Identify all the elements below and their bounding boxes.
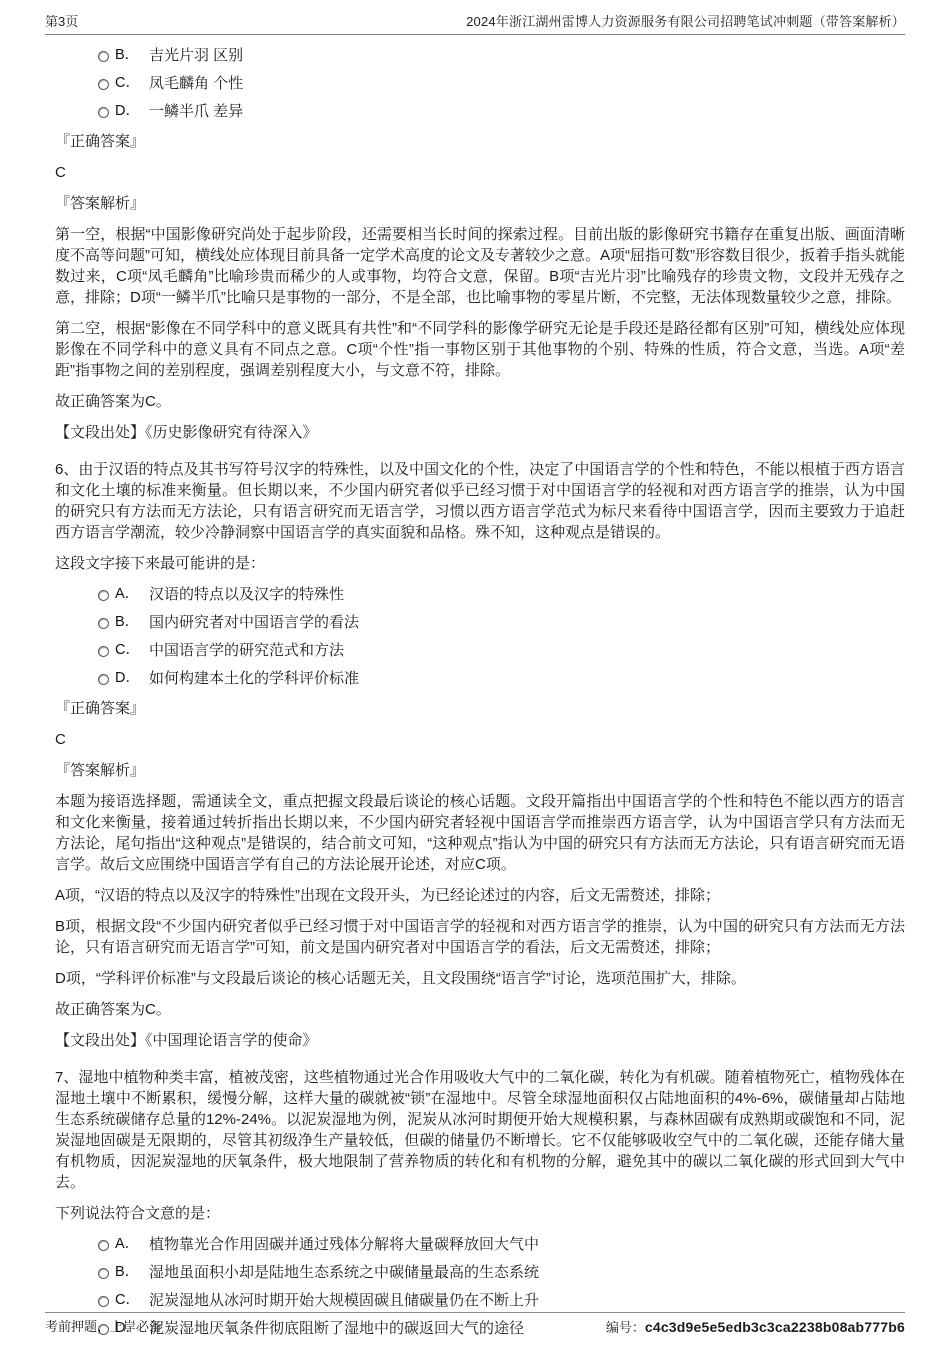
page-number: 第3页 — [45, 14, 78, 30]
footer-code-block: 编号：c4c3d9e5e5edb3c3ca2238b08ab777b6 — [606, 1319, 905, 1336]
option-letter: C． — [115, 1292, 149, 1309]
analysis-paragraph: 本题为接语选择题，需通读全文，重点把握文段最后谈论的核心话题。文段开篇指出中国语… — [55, 791, 905, 875]
option-letter: D． — [115, 103, 149, 120]
analysis-paragraph-b: B项，根据文段“不少国内研究者似乎已经习惯于对中国语言学的轻视和对西方语言学的推… — [55, 916, 905, 958]
question7-prompt: 下列说法符合文意的是： — [55, 1203, 905, 1224]
question5-options: B． 吉光片羽 区别 C． 凤毛麟角 个性 D． 一鳞半爪 差异 — [55, 47, 905, 120]
document-page: 第3页 2024年浙江湖州雷博人力资源服务有限公司招聘笔试冲刺题（带答案解析） … — [0, 0, 950, 1345]
radio-button-icon[interactable] — [98, 1240, 109, 1251]
conclusion-line: 故正确答案为C。 — [55, 999, 905, 1020]
option-text: 一鳞半爪 差异 — [149, 103, 905, 120]
analysis-paragraph: 第二空，根据“影像在不同学科中的意义既具有共性”和“不同学科的影像学研究无论是手… — [55, 318, 905, 381]
option-letter: B． — [115, 1264, 149, 1281]
option-row-c[interactable]: C． 凤毛麟角 个性 — [98, 75, 905, 92]
question7-stem: 7、湿地中植物种类丰富，植被茂密，这些植物通过光合作用吸收大气中的二氧化碳，转化… — [55, 1067, 905, 1193]
source-line: 【文段出处】《历史影像研究有待深入》 — [55, 422, 905, 443]
conclusion-line: 故正确答案为C。 — [55, 391, 905, 412]
page-footer: 考前押题，上岸必备 编号：c4c3d9e5e5edb3c3ca2238b08ab… — [45, 1312, 905, 1336]
radio-button-icon[interactable] — [98, 1296, 109, 1307]
document-title: 2024年浙江湖州雷博人力资源服务有限公司招聘笔试冲刺题（带答案解析） — [466, 14, 905, 30]
option-text: 植物靠光合作用固碳并通过残体分解将大量碳释放回大气中 — [149, 1236, 905, 1253]
radio-button-icon[interactable] — [98, 51, 109, 62]
option-text: 凤毛麟角 个性 — [149, 75, 905, 92]
radio-button-icon[interactable] — [98, 618, 109, 629]
option-row-d[interactable]: D． 如何构建本土化的学科评价标准 — [98, 670, 905, 687]
page-header: 第3页 2024年浙江湖州雷博人力资源服务有限公司招聘笔试冲刺题（带答案解析） — [45, 14, 905, 35]
footer-slogan: 考前押题，上岸必备 — [45, 1319, 162, 1335]
radio-button-icon[interactable] — [98, 79, 109, 90]
option-text: 泥炭湿地从冰河时期开始大规模固碳且储碳量仍在不断上升 — [149, 1292, 905, 1309]
option-letter: A． — [115, 1236, 149, 1253]
question6-prompt: 这段文字接下来最可能讲的是： — [55, 553, 905, 574]
correct-answer-value: C — [55, 162, 905, 183]
option-letter: B． — [115, 614, 149, 631]
analysis-paragraph-a: A项，“汉语的特点以及汉字的特殊性”出现在文段开头，为已经论述过的内容，后文无需… — [55, 885, 905, 906]
option-row-c[interactable]: C． 泥炭湿地从冰河时期开始大规模固碳且储碳量仍在不断上升 — [98, 1292, 905, 1309]
option-letter: C． — [115, 642, 149, 659]
analysis-paragraph: 第一空，根据“中国影像研究尚处于起步阶段，还需要相当长时间的探索过程。目前出版的… — [55, 224, 905, 308]
option-text: 如何构建本土化的学科评价标准 — [149, 670, 905, 687]
option-text: 中国语言学的研究范式和方法 — [149, 642, 905, 659]
question6-options: A． 汉语的特点以及汉字的特殊性 B． 国内研究者对中国语言学的看法 C． 中国… — [55, 586, 905, 687]
radio-button-icon[interactable] — [98, 107, 109, 118]
analysis-paragraph-d: D项，“学科评价标准”与文段最后谈论的核心话题无关，且文段围绕“语言学”讨论，选… — [55, 968, 905, 989]
footer-code-value: c4c3d9e5e5edb3c3ca2238b08ab777b6 — [645, 1319, 905, 1335]
page-content: B． 吉光片羽 区别 C． 凤毛麟角 个性 D． 一鳞半爪 差异 『正确答案』 … — [45, 47, 905, 1337]
source-line: 【文段出处】《中国理论语言学的使命》 — [55, 1030, 905, 1051]
option-row-a[interactable]: A． 汉语的特点以及汉字的特殊性 — [98, 586, 905, 603]
option-row-c[interactable]: C． 中国语言学的研究范式和方法 — [98, 642, 905, 659]
radio-button-icon[interactable] — [98, 646, 109, 657]
option-letter: C． — [115, 75, 149, 92]
option-text: 吉光片羽 区别 — [149, 47, 905, 64]
option-text: 国内研究者对中国语言学的看法 — [149, 614, 905, 631]
answer-analysis-label: 『答案解析』 — [55, 193, 905, 214]
correct-answer-label: 『正确答案』 — [55, 131, 905, 152]
radio-button-icon[interactable] — [98, 1268, 109, 1279]
option-text: 湿地虽面积小却是陆地生态系统之中碳储量最高的生态系统 — [149, 1264, 905, 1281]
correct-answer-value: C — [55, 729, 905, 750]
option-row-b[interactable]: B． 湿地虽面积小却是陆地生态系统之中碳储量最高的生态系统 — [98, 1264, 905, 1281]
option-row-d[interactable]: D． 一鳞半爪 差异 — [98, 103, 905, 120]
option-row-b[interactable]: B． 吉光片羽 区别 — [98, 47, 905, 64]
radio-button-icon[interactable] — [98, 590, 109, 601]
option-row-a[interactable]: A． 植物靠光合作用固碳并通过残体分解将大量碳释放回大气中 — [98, 1236, 905, 1253]
option-letter: D． — [115, 670, 149, 687]
option-text: 汉语的特点以及汉字的特殊性 — [149, 586, 905, 603]
correct-answer-label: 『正确答案』 — [55, 698, 905, 719]
footer-code-label: 编号： — [606, 1320, 645, 1335]
radio-button-icon[interactable] — [98, 674, 109, 685]
question6-stem: 6、由于汉语的特点及其书写符号汉字的特殊性，以及中国文化的个性，决定了中国语言学… — [55, 459, 905, 543]
answer-analysis-label: 『答案解析』 — [55, 760, 905, 781]
option-letter: B． — [115, 47, 149, 64]
option-row-b[interactable]: B． 国内研究者对中国语言学的看法 — [98, 614, 905, 631]
option-letter: A． — [115, 586, 149, 603]
